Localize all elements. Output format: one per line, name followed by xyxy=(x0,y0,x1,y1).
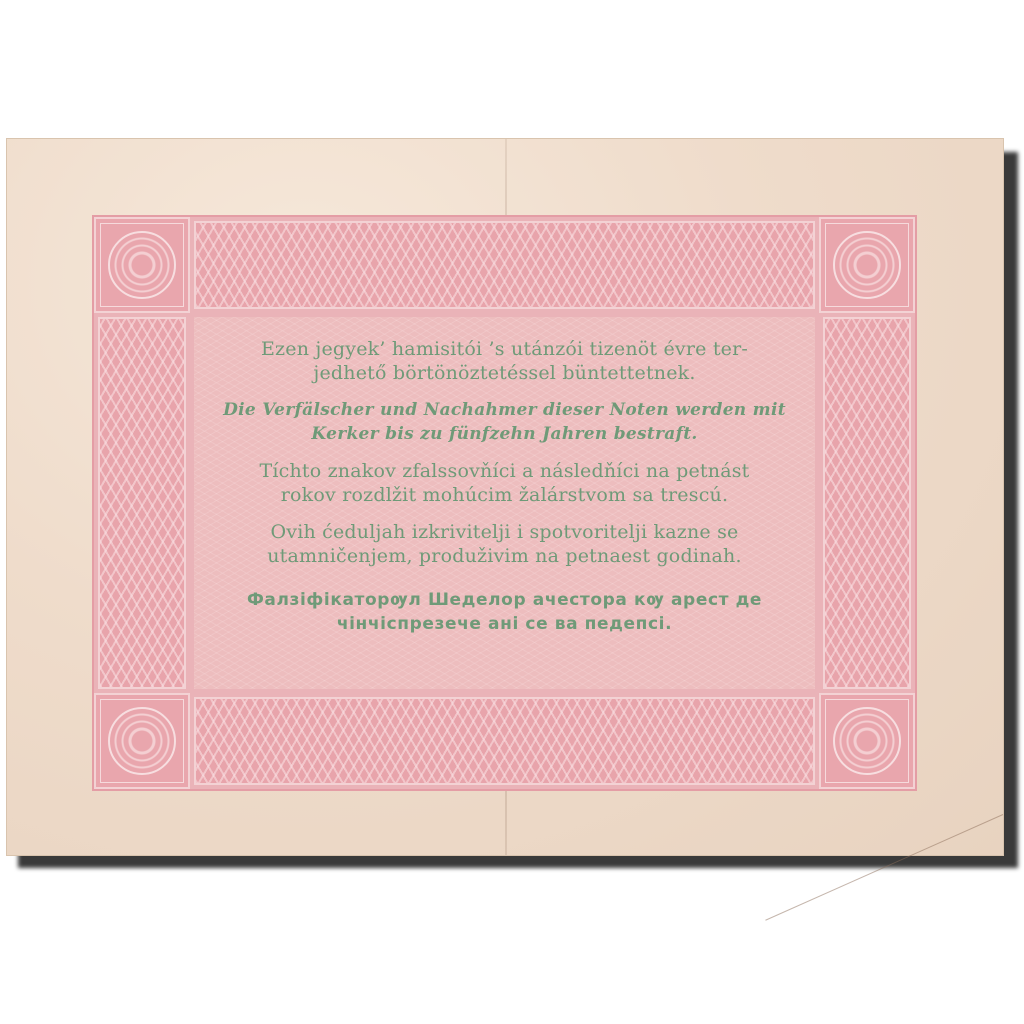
warning-romanian-cyrillic: Фалзіфікаторѹл Шеделор ачестора кѹ арест… xyxy=(194,588,815,636)
warning-line: Ovih ćeduljah izkrivitelji i spotvoritel… xyxy=(194,520,815,544)
warning-line: Die Verfälscher und Nachahmer dieser Not… xyxy=(194,398,815,422)
warning-line: rokov rozdlžit mohúcim žalárstvom sa tre… xyxy=(194,483,815,507)
text-panel: Ezen jegyek’ hamisitói ’s utánzói tizenö… xyxy=(194,317,815,689)
warning-line: Tíchto znakov zfalssovňíci a následňíci … xyxy=(194,459,815,483)
warning-line: Kerker bis zu fünfzehn Jahren bestraft. xyxy=(194,422,815,446)
warning-line: чінчіспрезече ані се ва педепсі. xyxy=(194,612,815,636)
warning-line: utamničenjem, produživim na petnaest god… xyxy=(194,544,815,568)
photo-stage: Ezen jegyek’ hamisitói ’s utánzói tizenö… xyxy=(0,0,1024,1024)
rosette-icon xyxy=(108,707,176,775)
rosette-icon xyxy=(833,231,901,299)
rosette-icon xyxy=(108,231,176,299)
guilloche-band-bottom xyxy=(194,697,815,785)
warning-line: Ezen jegyek’ hamisitói ’s utánzói tizenö… xyxy=(194,337,815,361)
guilloche-band-left xyxy=(98,317,186,689)
warning-hungarian: Ezen jegyek’ hamisitói ’s utánzói tizenö… xyxy=(194,337,815,385)
warning-croatian: Ovih ćeduljah izkrivitelji i spotvoritel… xyxy=(194,520,815,568)
ornamental-frame: Ezen jegyek’ hamisitói ’s utánzói tizenö… xyxy=(92,215,917,791)
warning-slovak: Tíchto znakov zfalssovňíci a následňíci … xyxy=(194,459,815,507)
corner-rosette-top-right xyxy=(819,217,915,313)
counterfeit-warning-text: Ezen jegyek’ hamisitói ’s utánzói tizenö… xyxy=(194,337,815,649)
guilloche-band-right xyxy=(823,317,911,689)
rosette-icon xyxy=(833,707,901,775)
warning-line: jedhető börtönöztetéssel büntettetnek. xyxy=(194,361,815,385)
corner-rosette-bottom-right xyxy=(819,693,915,789)
corner-rosette-bottom-left xyxy=(94,693,190,789)
warning-german: Die Verfälscher und Nachahmer dieser Not… xyxy=(194,398,815,446)
guilloche-band-top xyxy=(194,221,815,309)
warning-line: Фалзіфікаторѹл Шеделор ачестора кѹ арест… xyxy=(194,588,815,612)
corner-rosette-top-left xyxy=(94,217,190,313)
